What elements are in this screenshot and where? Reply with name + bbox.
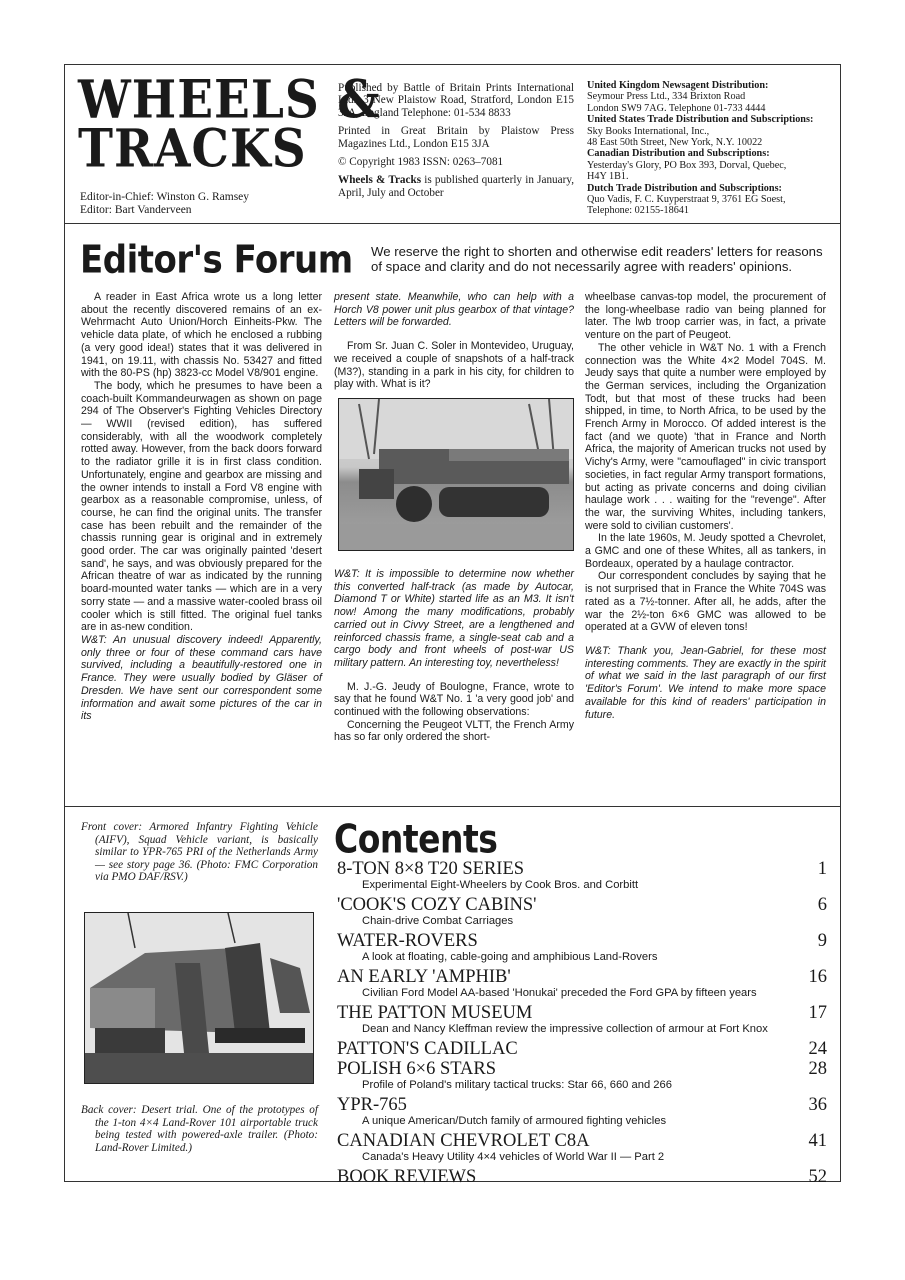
toc-entry-subtitle: Civilian Ford Model AA-based 'Honukai' p… xyxy=(337,987,827,999)
aifv-image-icon xyxy=(85,913,314,1084)
forum-disclaimer: We reserve the right to shorten and othe… xyxy=(371,245,831,274)
toc-entry-page: 24 xyxy=(809,1040,828,1059)
toc-entry-page: 1 xyxy=(818,860,827,879)
distribution-info: United Kingdom Newsagent Distribution: S… xyxy=(587,80,837,217)
toc-entry-page: 36 xyxy=(809,1096,828,1115)
toc-entry-title: THE PATTON MUSEUM xyxy=(337,1004,827,1023)
toc-entry[interactable]: POLISH 6×6 STARS 28 Profile of Poland's … xyxy=(337,1060,827,1091)
magazine-name: Wheels & Tracks xyxy=(338,174,421,186)
toc-entry-title: 8-TON 8×8 T20 SERIES xyxy=(337,860,827,879)
forum-divider xyxy=(64,806,841,807)
publisher-info: Published by Battle of Britain Prints In… xyxy=(338,82,574,205)
published-by: Published by Battle of Britain Prints In… xyxy=(338,82,574,119)
front-cover-text: Front cover: Armored Infantry Fighting V… xyxy=(81,821,318,884)
toc-entry-subtitle: Canada's Heavy Utility 4×4 vehicles of W… xyxy=(337,1151,827,1163)
editor-reply-text: W&T: It is impossible to determine now w… xyxy=(334,568,574,669)
distribution-heading: United States Trade Distribution and Sub… xyxy=(587,114,837,125)
toc-entry[interactable]: PATTON'S CADILLAC 24 xyxy=(337,1040,827,1059)
toc-entry[interactable]: YPR-765 36 A unique American/Dutch famil… xyxy=(337,1096,827,1127)
toc-entry-page: 52 xyxy=(809,1168,828,1187)
distribution-heading: Dutch Trade Distribution and Subscriptio… xyxy=(587,183,837,194)
distribution-line: Sky Books International, Inc., xyxy=(587,126,837,137)
distribution-heading: United Kingdom Newsagent Distribution: xyxy=(587,80,837,91)
toc-entry-title: PATTON'S CADILLAC xyxy=(337,1040,827,1059)
toc-entry-subtitle: Experimental Eight-Wheelers by Cook Bros… xyxy=(337,879,827,891)
half-track-image-icon xyxy=(339,399,574,551)
toc-entry-page: 17 xyxy=(809,1004,828,1023)
copyright: © Copyright 1983 ISSN: 0263–7081 xyxy=(338,156,574,168)
editor-reply: present state. Meanwhile, who can help w… xyxy=(334,291,574,329)
editor-reply: W&T: It is impossible to determine now w… xyxy=(334,568,574,670)
toc-entry-title: POLISH 6×6 STARS xyxy=(337,1060,827,1079)
distribution-line: London SW9 7AG. Telephone 01-733 4444 xyxy=(587,103,837,114)
editor-reply: W&T: Thank you, Jean-Gabriel, for these … xyxy=(585,645,826,721)
printed-in: Printed in Great Britain by Plaistow Pre… xyxy=(338,125,574,150)
toc-entry[interactable]: AN EARLY 'AMPHIB' 16 Civilian Ford Model… xyxy=(337,968,827,999)
toc-entry[interactable]: 'COOK'S COZY CABINS' 6 Chain-drive Comba… xyxy=(337,896,827,927)
toc-entry-subtitle: Dean and Nancy Kleffman review the impre… xyxy=(337,1023,827,1035)
back-cover-text: Back cover: Desert trial. One of the pro… xyxy=(81,1104,318,1154)
publication-frequency: Wheels & Tracks is published quarterly i… xyxy=(338,174,574,199)
toc-entry-subtitle: A look at floating, cable-going and amph… xyxy=(337,951,827,963)
toc-entry-title: BOOK REVIEWS xyxy=(337,1168,827,1187)
toc-entry-title: CANADIAN CHEVROLET C8A xyxy=(337,1132,827,1151)
toc-entry-subtitle: A unique American/Dutch family of armour… xyxy=(337,1115,827,1127)
aifv-photo xyxy=(84,912,314,1084)
toc-entry-page: 9 xyxy=(818,932,827,951)
toc-entry-page: 16 xyxy=(809,968,828,987)
forum-column-2: present state. Meanwhile, who can help w… xyxy=(334,291,574,391)
toc-entry-subtitle: Profile of Poland's military tactical tr… xyxy=(337,1079,827,1091)
toc-entry-title: AN EARLY 'AMPHIB' xyxy=(337,968,827,987)
toc-entry[interactable]: THE PATTON MUSEUM 17 Dean and Nancy Klef… xyxy=(337,1004,827,1035)
distribution-heading: Canadian Distribution and Subscriptions: xyxy=(587,148,837,159)
letter-paragraph: The other vehicle in W&T No. 1 with a Fr… xyxy=(585,342,826,533)
editor-reply: W&T: An unusual discovery indeed! Appare… xyxy=(81,634,322,723)
forum-column-1: A reader in East Africa wrote us a long … xyxy=(81,291,322,723)
distribution-line: Telephone: 02155-18641 xyxy=(587,205,837,216)
editor-reply-text: present state. Meanwhile, who can help w… xyxy=(334,291,574,328)
distribution-line: Yesterday's Glory, PO Box 393, Dorval, Q… xyxy=(587,160,837,171)
toc-entry[interactable]: 8-TON 8×8 T20 SERIES 1 Experimental Eigh… xyxy=(337,860,827,891)
toc-entry[interactable]: CANADIAN CHEVROLET C8A 41 Canada's Heavy… xyxy=(337,1132,827,1163)
letter-paragraph: M. J.-G. Jeudy of Boulogne, France, wrot… xyxy=(334,681,574,719)
letter-paragraph: wheelbase canvas-top model, the procurem… xyxy=(585,291,826,342)
toc-entry[interactable]: BOOK REVIEWS 52 xyxy=(337,1168,827,1187)
forum-column-2-lower: W&T: It is impossible to determine now w… xyxy=(334,568,574,744)
editor-in-chief: Editor-in-Chief: Winston G. Ramsey xyxy=(80,191,249,204)
letter-paragraph: Concerning the Peugeot VLTT, the French … xyxy=(334,719,574,744)
editor-reply-text: W&T: Thank you, Jean-Gabriel, for these … xyxy=(585,645,826,721)
half-track-photo xyxy=(338,398,574,551)
contents-title: Contents xyxy=(334,816,497,862)
letter-paragraph: A reader in East Africa wrote us a long … xyxy=(81,291,322,380)
distribution-line: 48 East 50th Street, New York, N.Y. 1002… xyxy=(587,137,837,148)
toc-entry-page: 6 xyxy=(818,896,827,915)
editor-reply-text: W&T: An unusual discovery indeed! Appare… xyxy=(81,634,322,722)
distribution-line: Seymour Press Ltd., 334 Brixton Road xyxy=(587,91,837,102)
magazine-logo: WHEELS & TRACKS xyxy=(78,76,338,175)
letter-paragraph: In the late 1960s, M. Jeudy spotted a Ch… xyxy=(585,532,826,570)
distribution-line: H4Y 1B1. xyxy=(587,171,837,182)
toc-entry-title: 'COOK'S COZY CABINS' xyxy=(337,896,827,915)
editor: Editor: Bart Vanderveen xyxy=(80,204,249,217)
letter-paragraph: Our correspondent concludes by saying th… xyxy=(585,570,826,634)
editor-credits: Editor-in-Chief: Winston G. Ramsey Edito… xyxy=(80,191,249,217)
forum-column-3: wheelbase canvas-top model, the procurem… xyxy=(585,291,826,721)
toc-entry-page: 28 xyxy=(809,1060,828,1079)
logo-line-2: TRACKS xyxy=(78,125,338,174)
toc-entry-title: YPR-765 xyxy=(337,1096,827,1115)
toc-entry-subtitle: Chain-drive Combat Carriages xyxy=(337,915,827,927)
toc-entry-page: 41 xyxy=(809,1132,828,1151)
letter-paragraph: The body, which he presumes to have been… xyxy=(81,380,322,634)
forum-title: Editor's Forum xyxy=(80,238,353,283)
back-cover-caption: Back cover: Desert trial. One of the pro… xyxy=(81,1104,318,1154)
toc-entry[interactable]: WATER-ROVERS 9 A look at floating, cable… xyxy=(337,932,827,963)
table-of-contents: 8-TON 8×8 T20 SERIES 1 Experimental Eigh… xyxy=(337,860,827,1187)
distribution-line: Quo Vadis, F. C. Kuyperstraat 9, 3761 EG… xyxy=(587,194,837,205)
masthead-divider xyxy=(64,223,841,224)
front-cover-caption: Front cover: Armored Infantry Fighting V… xyxy=(81,821,318,884)
letter-paragraph: From Sr. Juan C. Soler in Montevideo, Ur… xyxy=(334,340,574,391)
toc-entry-title: WATER-ROVERS xyxy=(337,932,827,951)
